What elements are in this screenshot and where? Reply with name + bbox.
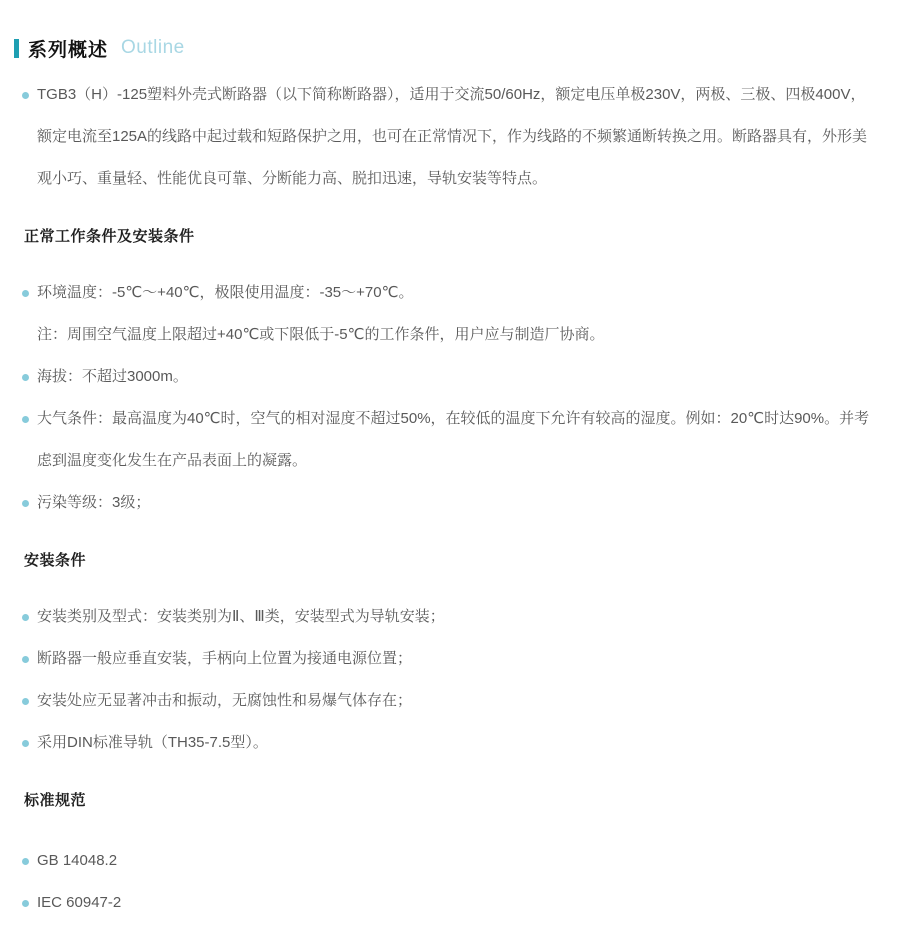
list-item: 环境温度：-5℃～+40℃，极限使用温度：-35～+70℃。: [22, 272, 875, 314]
document-content: TGB3（H）-125塑料外壳式断路器（以下简称断路器），适用于交流50/60H…: [22, 74, 875, 924]
bullet-icon: [22, 374, 29, 381]
list-item-text: 断路器一般应垂直安装，手柄向上位置为接通电源位置；: [37, 650, 412, 667]
section-heading-standards: 标准规范: [24, 780, 875, 822]
title-accent-bar-icon: [14, 39, 19, 58]
section-heading-operating-conditions: 正常工作条件及安装条件: [24, 216, 875, 258]
section-list-installation-conditions: 安装类别及型式：安装类别为Ⅱ、Ⅲ类，安装型式为导轨安装； 断路器一般应垂直安装，…: [22, 596, 875, 764]
list-item: IEC 60947-2: [22, 882, 875, 924]
list-item-text: 污染等级：3级；: [37, 494, 150, 511]
list-item-text: 大气条件：最高温度为40℃时，空气的相对湿度不超过50%，在较低的温度下允许有较…: [37, 410, 869, 469]
bullet-icon: [22, 416, 29, 423]
list-item-text: 环境温度：-5℃～+40℃，极限使用温度：-35～+70℃。: [37, 284, 413, 301]
list-item-text: 安装类别及型式：安装类别为Ⅱ、Ⅲ类，安装型式为导轨安装；: [37, 608, 445, 625]
bullet-icon: [22, 858, 29, 865]
bullet-icon: [22, 698, 29, 705]
bullet-icon: [22, 290, 29, 297]
list-item: TGB3（H）-125塑料外壳式断路器（以下简称断路器），适用于交流50/60H…: [22, 74, 875, 200]
list-item: 采用DIN标准导轨（TH35-7.5型）。: [22, 722, 875, 764]
list-item: 安装处应无显著冲击和振动，无腐蚀性和易爆气体存在；: [22, 680, 875, 722]
bullet-icon: [22, 92, 29, 99]
list-item-text: 海拔：不超过3000m。: [37, 368, 188, 385]
note-text: 注：周围空气温度上限超过+40℃或下限低于-5℃的工作条件，用户应与制造厂协商。: [37, 326, 604, 343]
list-item: 海拔：不超过3000m。: [22, 356, 875, 398]
list-item: 污染等级：3级；: [22, 482, 875, 524]
page-title-en: Outline: [121, 37, 185, 59]
page-title: 系列概述 Outline: [14, 36, 900, 60]
page-title-cn: 系列概述: [28, 35, 108, 62]
list-item: 安装类别及型式：安装类别为Ⅱ、Ⅲ类，安装型式为导轨安装；: [22, 596, 875, 638]
section-list-standards: GB 14048.2 IEC 60947-2: [22, 840, 875, 924]
section-list-operating-conditions: 环境温度：-5℃～+40℃，极限使用温度：-35～+70℃。 注：周围空气温度上…: [22, 272, 875, 524]
list-item-text: GB 14048.2: [37, 852, 117, 869]
bullet-icon: [22, 614, 29, 621]
bullet-icon: [22, 500, 29, 507]
list-item: 大气条件：最高温度为40℃时，空气的相对湿度不超过50%，在较低的温度下允许有较…: [22, 398, 875, 482]
list-item: GB 14048.2: [22, 840, 875, 882]
section-heading-installation-conditions: 安装条件: [24, 540, 875, 582]
document-page: 系列概述 Outline TGB3（H）-125塑料外壳式断路器（以下简称断路器…: [0, 0, 900, 952]
bullet-icon: [22, 740, 29, 747]
note-line: 注：周围空气温度上限超过+40℃或下限低于-5℃的工作条件，用户应与制造厂协商。: [22, 314, 875, 356]
overview-list: TGB3（H）-125塑料外壳式断路器（以下简称断路器），适用于交流50/60H…: [22, 74, 875, 200]
list-item-text: IEC 60947-2: [37, 894, 121, 911]
list-item: 断路器一般应垂直安装，手柄向上位置为接通电源位置；: [22, 638, 875, 680]
bullet-icon: [22, 656, 29, 663]
bullet-icon: [22, 900, 29, 907]
list-item-text: 安装处应无显著冲击和振动，无腐蚀性和易爆气体存在；: [37, 692, 412, 709]
list-item-text: TGB3（H）-125塑料外壳式断路器（以下简称断路器），适用于交流50/60H…: [37, 86, 867, 187]
list-item-text: 采用DIN标准导轨（TH35-7.5型）。: [37, 734, 268, 751]
